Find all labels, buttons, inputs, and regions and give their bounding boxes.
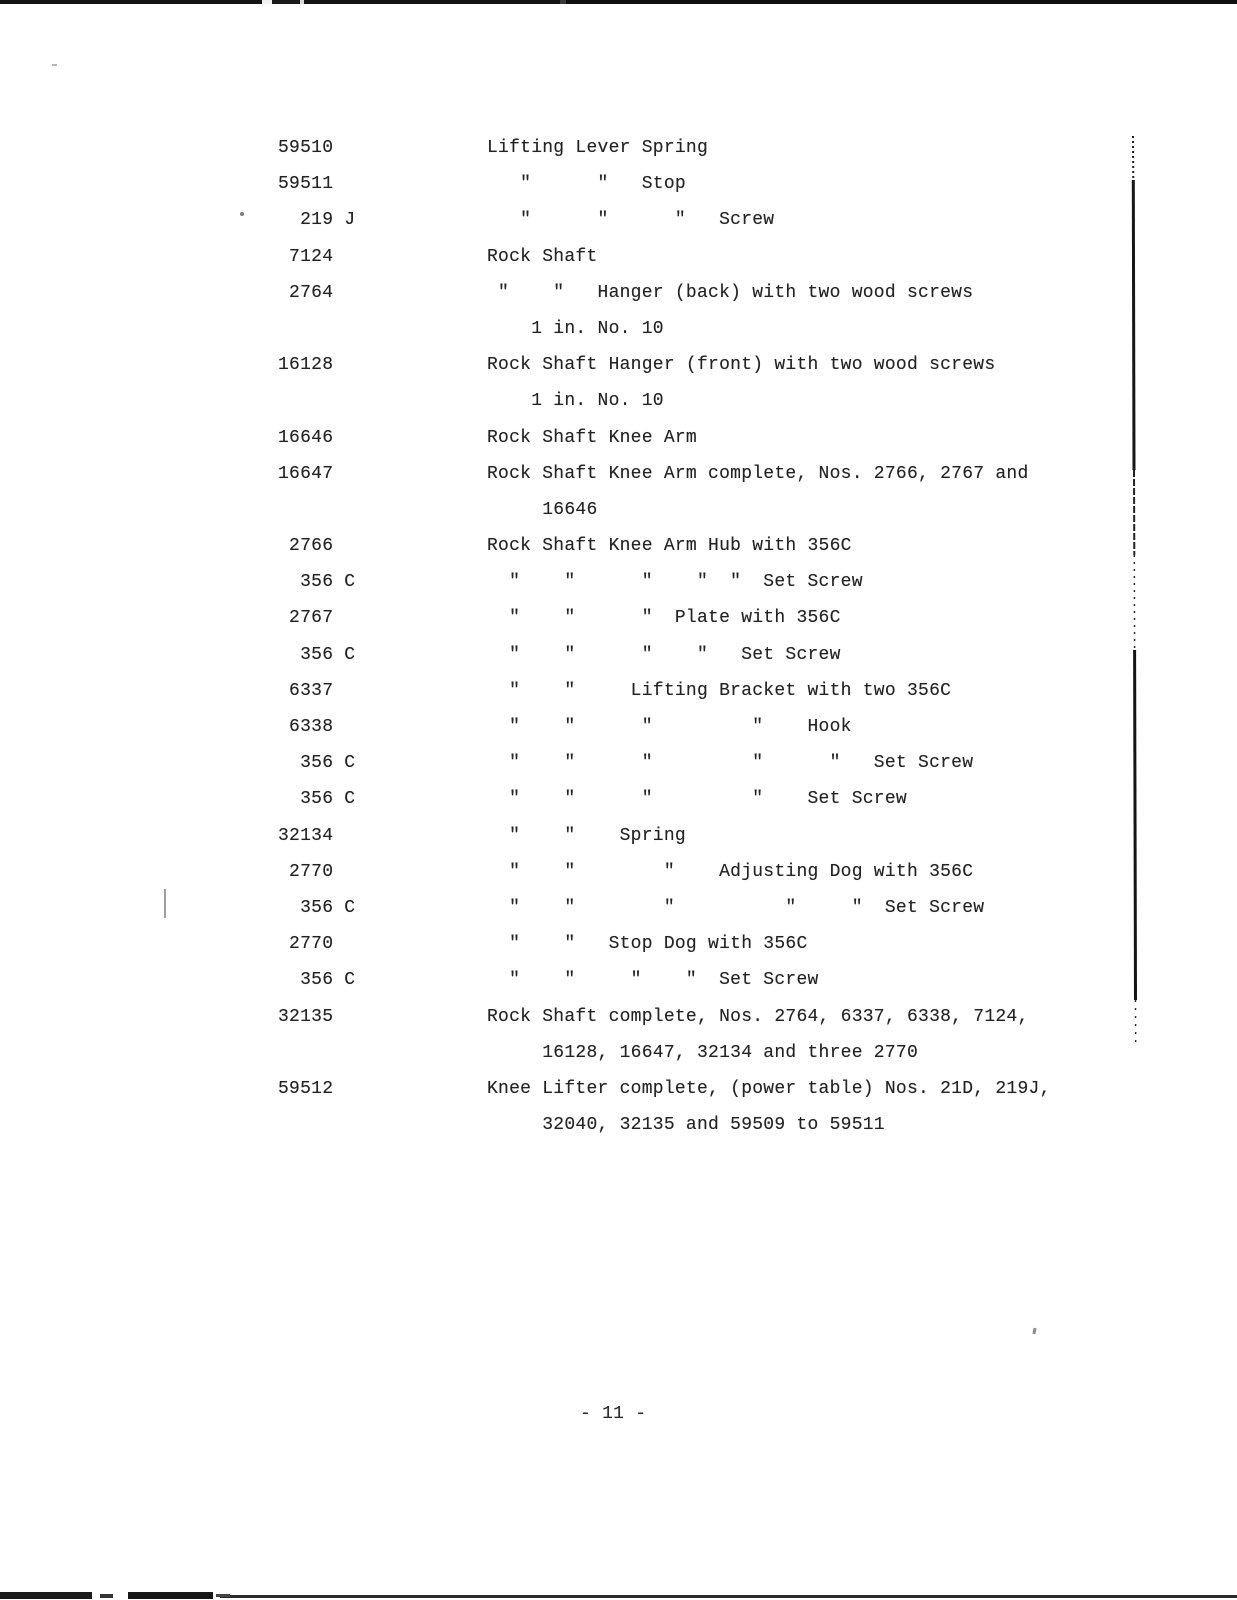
part-description: " " " " Set Screw <box>487 781 907 817</box>
part-description: " " " " " Set Screw <box>487 890 984 926</box>
part-description: " " Spring <box>487 818 686 854</box>
part-description: " " " " Set Screw <box>487 962 819 998</box>
table-row: 16128Rock Shaft Hanger (front) with two … <box>278 347 1051 383</box>
part-description: " " " Adjusting Dog with 356C <box>487 854 973 890</box>
part-number: 356 C <box>278 564 487 600</box>
table-row: 32040, 32135 and 59509 to 59511 <box>278 1107 1051 1143</box>
table-row: 1 in. No. 10 <box>278 311 1051 347</box>
table-row: 16128, 16647, 32134 and three 2770 <box>278 1035 1051 1071</box>
table-row: 2764 " " Hanger (back) with two wood scr… <box>278 275 1051 311</box>
scanned-document-page: 59510Lifting Lever Spring59511 " " Stop … <box>0 0 1237 1600</box>
table-row: 6338 " " " " Hook <box>278 709 1051 745</box>
part-number: 16128 <box>278 347 487 383</box>
table-row: 2767 " " " Plate with 356C <box>278 600 1051 636</box>
part-description: " " " Plate with 356C <box>487 600 841 636</box>
part-number: 2770 <box>278 926 487 962</box>
part-number: 356 C <box>278 890 487 926</box>
scan-artifact-binding-line <box>1126 130 1142 1050</box>
part-number <box>278 1035 487 1071</box>
part-description: " " Hanger (back) with two wood screws <box>487 275 973 311</box>
part-description: Rock Shaft <box>487 239 598 275</box>
table-row: 16647Rock Shaft Knee Arm complete, Nos. … <box>278 456 1051 492</box>
scan-speck <box>52 64 57 66</box>
part-number: 32135 <box>278 999 487 1035</box>
part-description: 32040, 32135 and 59509 to 59511 <box>487 1107 885 1143</box>
part-number: 59510 <box>278 130 487 166</box>
part-description: " " Stop <box>487 166 686 202</box>
part-number: 2766 <box>278 528 487 564</box>
part-description: Rock Shaft Knee Arm complete, Nos. 2766,… <box>487 456 1029 492</box>
table-row: 2766Rock Shaft Knee Arm Hub with 356C <box>278 528 1051 564</box>
part-number: 356 C <box>278 637 487 673</box>
parts-list: 59510Lifting Lever Spring59511 " " Stop … <box>278 130 1051 1143</box>
scan-artifact-bottom-line <box>220 1595 1237 1598</box>
table-row: 356 C " " " " " Set Screw <box>278 745 1051 781</box>
part-number: 59512 <box>278 1071 487 1107</box>
table-row: 356 C " " " " Set Screw <box>278 962 1051 998</box>
part-number <box>278 383 487 419</box>
page-number: - 11 - <box>580 1404 646 1424</box>
scan-artifact-bottom-seg <box>128 1592 213 1599</box>
scan-speck <box>240 212 244 216</box>
scan-artifact-top-edge <box>0 0 1237 4</box>
table-row: 219 J " " " Screw <box>278 202 1051 238</box>
scan-artifact-bottom-seg <box>100 1594 113 1598</box>
part-number: 6337 <box>278 673 487 709</box>
scan-artifact-bottom-seg <box>216 1594 230 1597</box>
part-number: 356 C <box>278 781 487 817</box>
part-number: 2767 <box>278 600 487 636</box>
table-row: 59510Lifting Lever Spring <box>278 130 1051 166</box>
part-description: " " Stop Dog with 356C <box>487 926 808 962</box>
part-number: 59511 <box>278 166 487 202</box>
part-description: " " " " " Set Screw <box>487 745 973 781</box>
table-row: 356 C " " " " " Set Screw <box>278 890 1051 926</box>
part-description: Rock Shaft Knee Arm Hub with 356C <box>487 528 852 564</box>
part-number: 32134 <box>278 818 487 854</box>
part-description: Lifting Lever Spring <box>487 130 708 166</box>
table-row: 356 C " " " " Set Screw <box>278 637 1051 673</box>
table-row: 356 C " " " " " Set Screw <box>278 564 1051 600</box>
part-description: Rock Shaft Knee Arm <box>487 420 697 456</box>
table-row: 59511 " " Stop <box>278 166 1051 202</box>
part-number <box>278 492 487 528</box>
part-number: 7124 <box>278 239 487 275</box>
part-number: 2764 <box>278 275 487 311</box>
part-number: 219 J <box>278 202 487 238</box>
part-description: " " " " " Set Screw <box>487 564 863 600</box>
table-row: 7124Rock Shaft <box>278 239 1051 275</box>
part-number: 16646 <box>278 420 487 456</box>
table-row: 6337 " " Lifting Bracket with two 356C <box>278 673 1051 709</box>
part-description: Rock Shaft Hanger (front) with two wood … <box>487 347 995 383</box>
part-description: 1 in. No. 10 <box>487 311 664 347</box>
part-number <box>278 311 487 347</box>
part-description: " " " " Set Screw <box>487 637 841 673</box>
table-row: 2770 " " Stop Dog with 356C <box>278 926 1051 962</box>
part-description: " " " " Hook <box>487 709 852 745</box>
part-number: 6338 <box>278 709 487 745</box>
scan-artifact-bottom-seg <box>0 1592 92 1599</box>
part-description: Knee Lifter complete, (power table) Nos.… <box>487 1071 1051 1107</box>
table-row: 2770 " " " Adjusting Dog with 356C <box>278 854 1051 890</box>
table-row: 1 in. No. 10 <box>278 383 1051 419</box>
scan-speck <box>164 889 166 918</box>
table-row: 16646Rock Shaft Knee Arm <box>278 420 1051 456</box>
table-row: 32135Rock Shaft complete, Nos. 2764, 633… <box>278 999 1051 1035</box>
table-row: 32134 " " Spring <box>278 818 1051 854</box>
part-number: 16647 <box>278 456 487 492</box>
part-description: " " Lifting Bracket with two 356C <box>487 673 951 709</box>
part-description: " " " Screw <box>487 202 774 238</box>
part-number: 356 C <box>278 745 487 781</box>
part-number: 356 C <box>278 962 487 998</box>
part-description: 16646 <box>487 492 598 528</box>
part-description: Rock Shaft complete, Nos. 2764, 6337, 63… <box>487 999 1029 1035</box>
part-description: 16128, 16647, 32134 and three 2770 <box>487 1035 918 1071</box>
table-row: 16646 <box>278 492 1051 528</box>
part-number <box>278 1107 487 1143</box>
part-description: 1 in. No. 10 <box>487 383 664 419</box>
table-row: 356 C " " " " Set Screw <box>278 781 1051 817</box>
table-row: 59512Knee Lifter complete, (power table)… <box>278 1071 1051 1107</box>
scan-speck <box>1032 1328 1036 1334</box>
part-number: 2770 <box>278 854 487 890</box>
